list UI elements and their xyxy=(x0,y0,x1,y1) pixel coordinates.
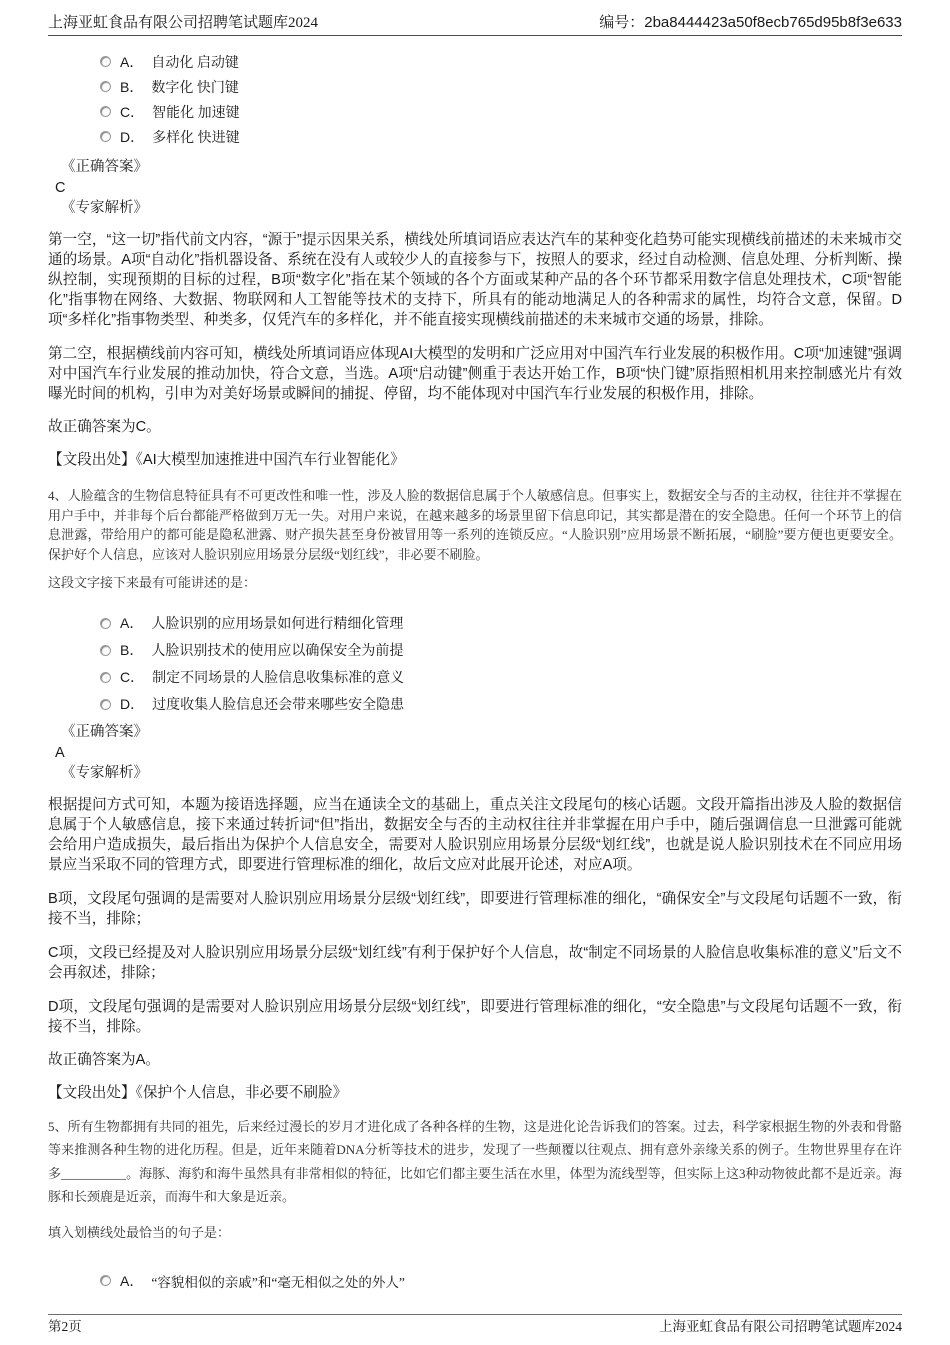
option-row[interactable]: D． 多样化 快进键 xyxy=(100,124,902,149)
page-footer: 第2页 上海亚虹食品有限公司招聘笔试题库2024 xyxy=(48,1314,902,1335)
answer-value: C xyxy=(48,178,902,198)
option-row[interactable]: C． 智能化 加速键 xyxy=(100,99,902,124)
question4-answer-block: 《正确答案》 A 《专家解析》 xyxy=(48,722,902,784)
radio-button[interactable] xyxy=(100,672,111,683)
option-letter: B． xyxy=(120,640,143,660)
answer-heading: 《正确答案》 xyxy=(48,722,902,743)
question5-options: A． “容貌相似的亲戚”和“毫无相似之处的外人” xyxy=(100,1268,902,1293)
analysis-paragraph: 根据提问方式可知，本题为接语选择题，应当在通读全文的基础上，重点关注文段尾句的核… xyxy=(48,795,902,875)
option-row[interactable]: C． 制定不同场景的人脸信息收集标准的意义 xyxy=(100,664,902,691)
option-row[interactable]: A． 自动化 启动键 xyxy=(100,49,902,74)
option-letter: D． xyxy=(120,127,144,147)
option-text: “容貌相似的亲戚”和“毫无相似之处的外人” xyxy=(151,1271,404,1291)
radio-button[interactable] xyxy=(100,81,111,92)
header-code: 编号：2ba8444423a50f8ecb765d95b8f3e633 xyxy=(599,14,902,32)
option-letter: A． xyxy=(120,1271,143,1291)
question4-stem: 4、人脸蕴含的生物信息特征具有不可更改性和唯一性，涉及人脸的数据信息属于个人敏感… xyxy=(48,486,902,564)
analysis-paragraph: 第二空，根据横线前内容可知，横线处所填词语应体现AI大模型的发明和广泛应用对中国… xyxy=(48,344,902,404)
analysis-paragraph: C项，文段已经提及对人脸识别应用场景分层级“划红线”有利于保护好个人信息，故“制… xyxy=(48,943,902,983)
option-text: 制定不同场景的人脸信息收集标准的意义 xyxy=(152,667,404,687)
option-text: 智能化 加速键 xyxy=(152,102,240,122)
header-code-value: 2ba8444423a50f8ecb765d95b8f3e633 xyxy=(644,14,902,31)
option-row[interactable]: D． 过度收集人脸信息还会带来哪些安全隐患 xyxy=(100,691,902,718)
header-title: 上海亚虹食品有限公司招聘笔试题库2024 xyxy=(48,15,318,32)
option-letter: A． xyxy=(120,52,143,72)
option-row[interactable]: B． 数字化 快门键 xyxy=(100,74,902,99)
source-line: 【文段出处】《AI大模型加速推进中国汽车行业智能化》 xyxy=(48,450,902,470)
radio-button[interactable] xyxy=(100,106,111,117)
radio-button[interactable] xyxy=(100,131,111,142)
footer-title: 上海亚虹食品有限公司招聘笔试题库2024 xyxy=(659,1319,902,1335)
question4-options: A． 人脸识别的应用场景如何进行精细化管理 B． 人脸识别技术的使用应以确保安全… xyxy=(100,610,902,718)
analysis-paragraph: B项，文段尾句强调的是需要对人脸识别应用场景分层级“划红线”，即要进行管理标准的… xyxy=(48,889,902,929)
option-letter: A． xyxy=(120,613,143,633)
page-header: 上海亚虹食品有限公司招聘笔试题库2024 编号：2ba8444423a50f8e… xyxy=(48,14,902,36)
option-letter: B． xyxy=(120,77,143,97)
question4-prompt: 这段文字接下来最有可能讲述的是： xyxy=(48,573,902,593)
option-text: 自动化 启动键 xyxy=(151,52,239,72)
option-text: 人脸识别的应用场景如何进行精细化管理 xyxy=(151,613,403,633)
radio-button[interactable] xyxy=(100,618,111,629)
question5-prompt: 填入划横线处最恰当的句子是： xyxy=(48,1223,902,1243)
analysis-heading: 《专家解析》 xyxy=(48,198,902,219)
analysis-paragraph: D项，文段尾句强调的是需要对人脸识别应用场景分层级“划红线”，即要进行管理标准的… xyxy=(48,997,902,1037)
radio-button[interactable] xyxy=(100,699,111,710)
conclusion-line: 故正确答案为A。 xyxy=(48,1050,902,1070)
prev-question-options: A． 自动化 启动键 B． 数字化 快门键 C． 智能化 加速键 D． 多样化 … xyxy=(100,49,902,149)
option-row[interactable]: B． 人脸识别技术的使用应以确保安全为前提 xyxy=(100,637,902,664)
option-text: 过度收集人脸信息还会带来哪些安全隐患 xyxy=(152,694,404,714)
question5-stem: 5、所有生物都拥有共同的祖先，后来经过漫长的岁月才进化成了各种各样的生物，这是进… xyxy=(48,1115,902,1209)
option-row[interactable]: A． 人脸识别的应用场景如何进行精细化管理 xyxy=(100,610,902,637)
radio-button[interactable] xyxy=(100,56,111,67)
option-letter: D． xyxy=(120,694,144,714)
radio-button[interactable] xyxy=(100,1275,111,1286)
option-text: 数字化 快门键 xyxy=(151,77,239,97)
radio-button[interactable] xyxy=(100,645,111,656)
option-row[interactable]: A． “容貌相似的亲戚”和“毫无相似之处的外人” xyxy=(100,1268,902,1293)
answer-heading: 《正确答案》 xyxy=(48,157,902,178)
prev-question-answer-block: 《正确答案》 C 《专家解析》 xyxy=(48,157,902,219)
analysis-heading: 《专家解析》 xyxy=(48,763,902,784)
header-code-label: 编号： xyxy=(599,15,644,31)
option-text: 人脸识别技术的使用应以确保安全为前提 xyxy=(151,640,403,660)
footer-page-number: 第2页 xyxy=(48,1319,82,1335)
option-letter: C． xyxy=(120,102,144,122)
option-text: 多样化 快进键 xyxy=(152,127,240,147)
source-line: 【文段出处】《保护个人信息，非必要不刷脸》 xyxy=(48,1083,902,1103)
option-letter: C． xyxy=(120,667,144,687)
document-page: 上海亚虹食品有限公司招聘笔试题库2024 编号：2ba8444423a50f8e… xyxy=(0,0,950,1345)
analysis-paragraph: 第一空，“这一切”指代前文内容，“源于”提示因果关系，横线处所填词语应表达汽车的… xyxy=(48,230,902,330)
conclusion-line: 故正确答案为C。 xyxy=(48,417,902,437)
answer-value: A xyxy=(48,743,902,763)
